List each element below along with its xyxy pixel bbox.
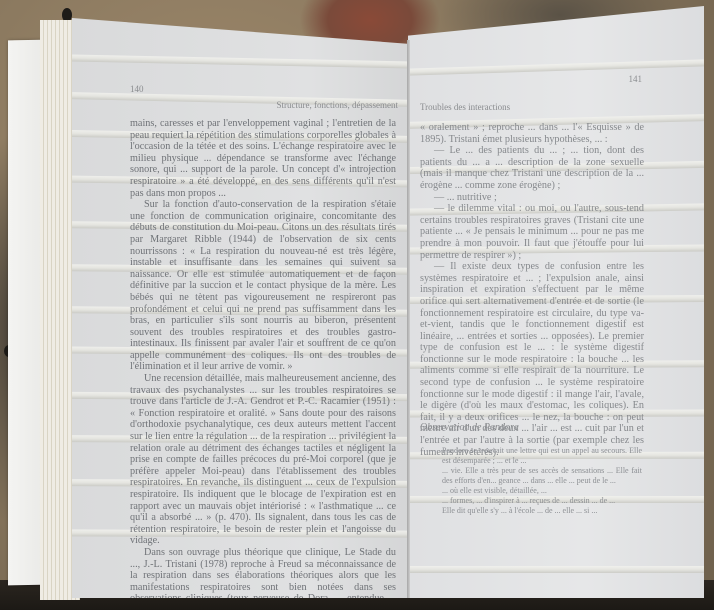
left-page-body: mains, caresses et par l'enveloppement v… bbox=[130, 118, 396, 598]
paragraph: Dans son ouvrage plus théorique que clin… bbox=[130, 547, 396, 598]
paragraph: — Le ... des patients du ... ; ... tion,… bbox=[420, 145, 644, 191]
quote-line: Elle dit qu'elle s'y ... à l'école ... d… bbox=[442, 506, 642, 516]
tape-strip bbox=[408, 59, 704, 75]
right-running-head: Troubles des interactions bbox=[420, 102, 510, 112]
quote-line: ... où elle est visible, détaillée, ... bbox=[442, 486, 642, 496]
observation-quote: Pandora se trouvait une lettre qui est u… bbox=[442, 446, 642, 516]
quote-line: Pandora se trouvait une lettre qui est u… bbox=[442, 446, 642, 466]
tape-strip bbox=[72, 54, 412, 68]
tape-strip bbox=[408, 566, 704, 573]
left-page-number: 140 bbox=[130, 84, 144, 94]
right-page-body: « oralement » ; reproche ... dans ... l'… bbox=[420, 122, 644, 458]
paragraph: — le dilemme vital : ou moi, ou l'autre,… bbox=[420, 203, 644, 261]
section-title: Observation de Pandora bbox=[420, 422, 519, 433]
paragraph: Sur la fonction d'auto-conservation de l… bbox=[130, 199, 396, 373]
quote-line: ... formes, ... d'inspirer à ... reçues … bbox=[442, 496, 642, 506]
quote-line: ... vie. Elle a très peur de ses accès d… bbox=[442, 466, 642, 486]
right-page: 141 Troubles des interactions « oralemen… bbox=[408, 6, 704, 598]
left-page: 140 Structure, fonctions, dépassement ma… bbox=[72, 18, 412, 598]
paragraph: Une recension détaillée, mais malheureus… bbox=[130, 373, 396, 547]
book-spine-gutter bbox=[407, 40, 410, 598]
left-running-head: Structure, fonctions, dépassement bbox=[277, 100, 398, 110]
paragraph: mains, caresses et par l'enveloppement v… bbox=[130, 118, 396, 199]
paragraph: « oralement » ; reproche ... dans ... l'… bbox=[420, 122, 644, 145]
right-page-number: 141 bbox=[629, 74, 643, 84]
paragraph: — ... nutritive ; bbox=[420, 192, 644, 204]
